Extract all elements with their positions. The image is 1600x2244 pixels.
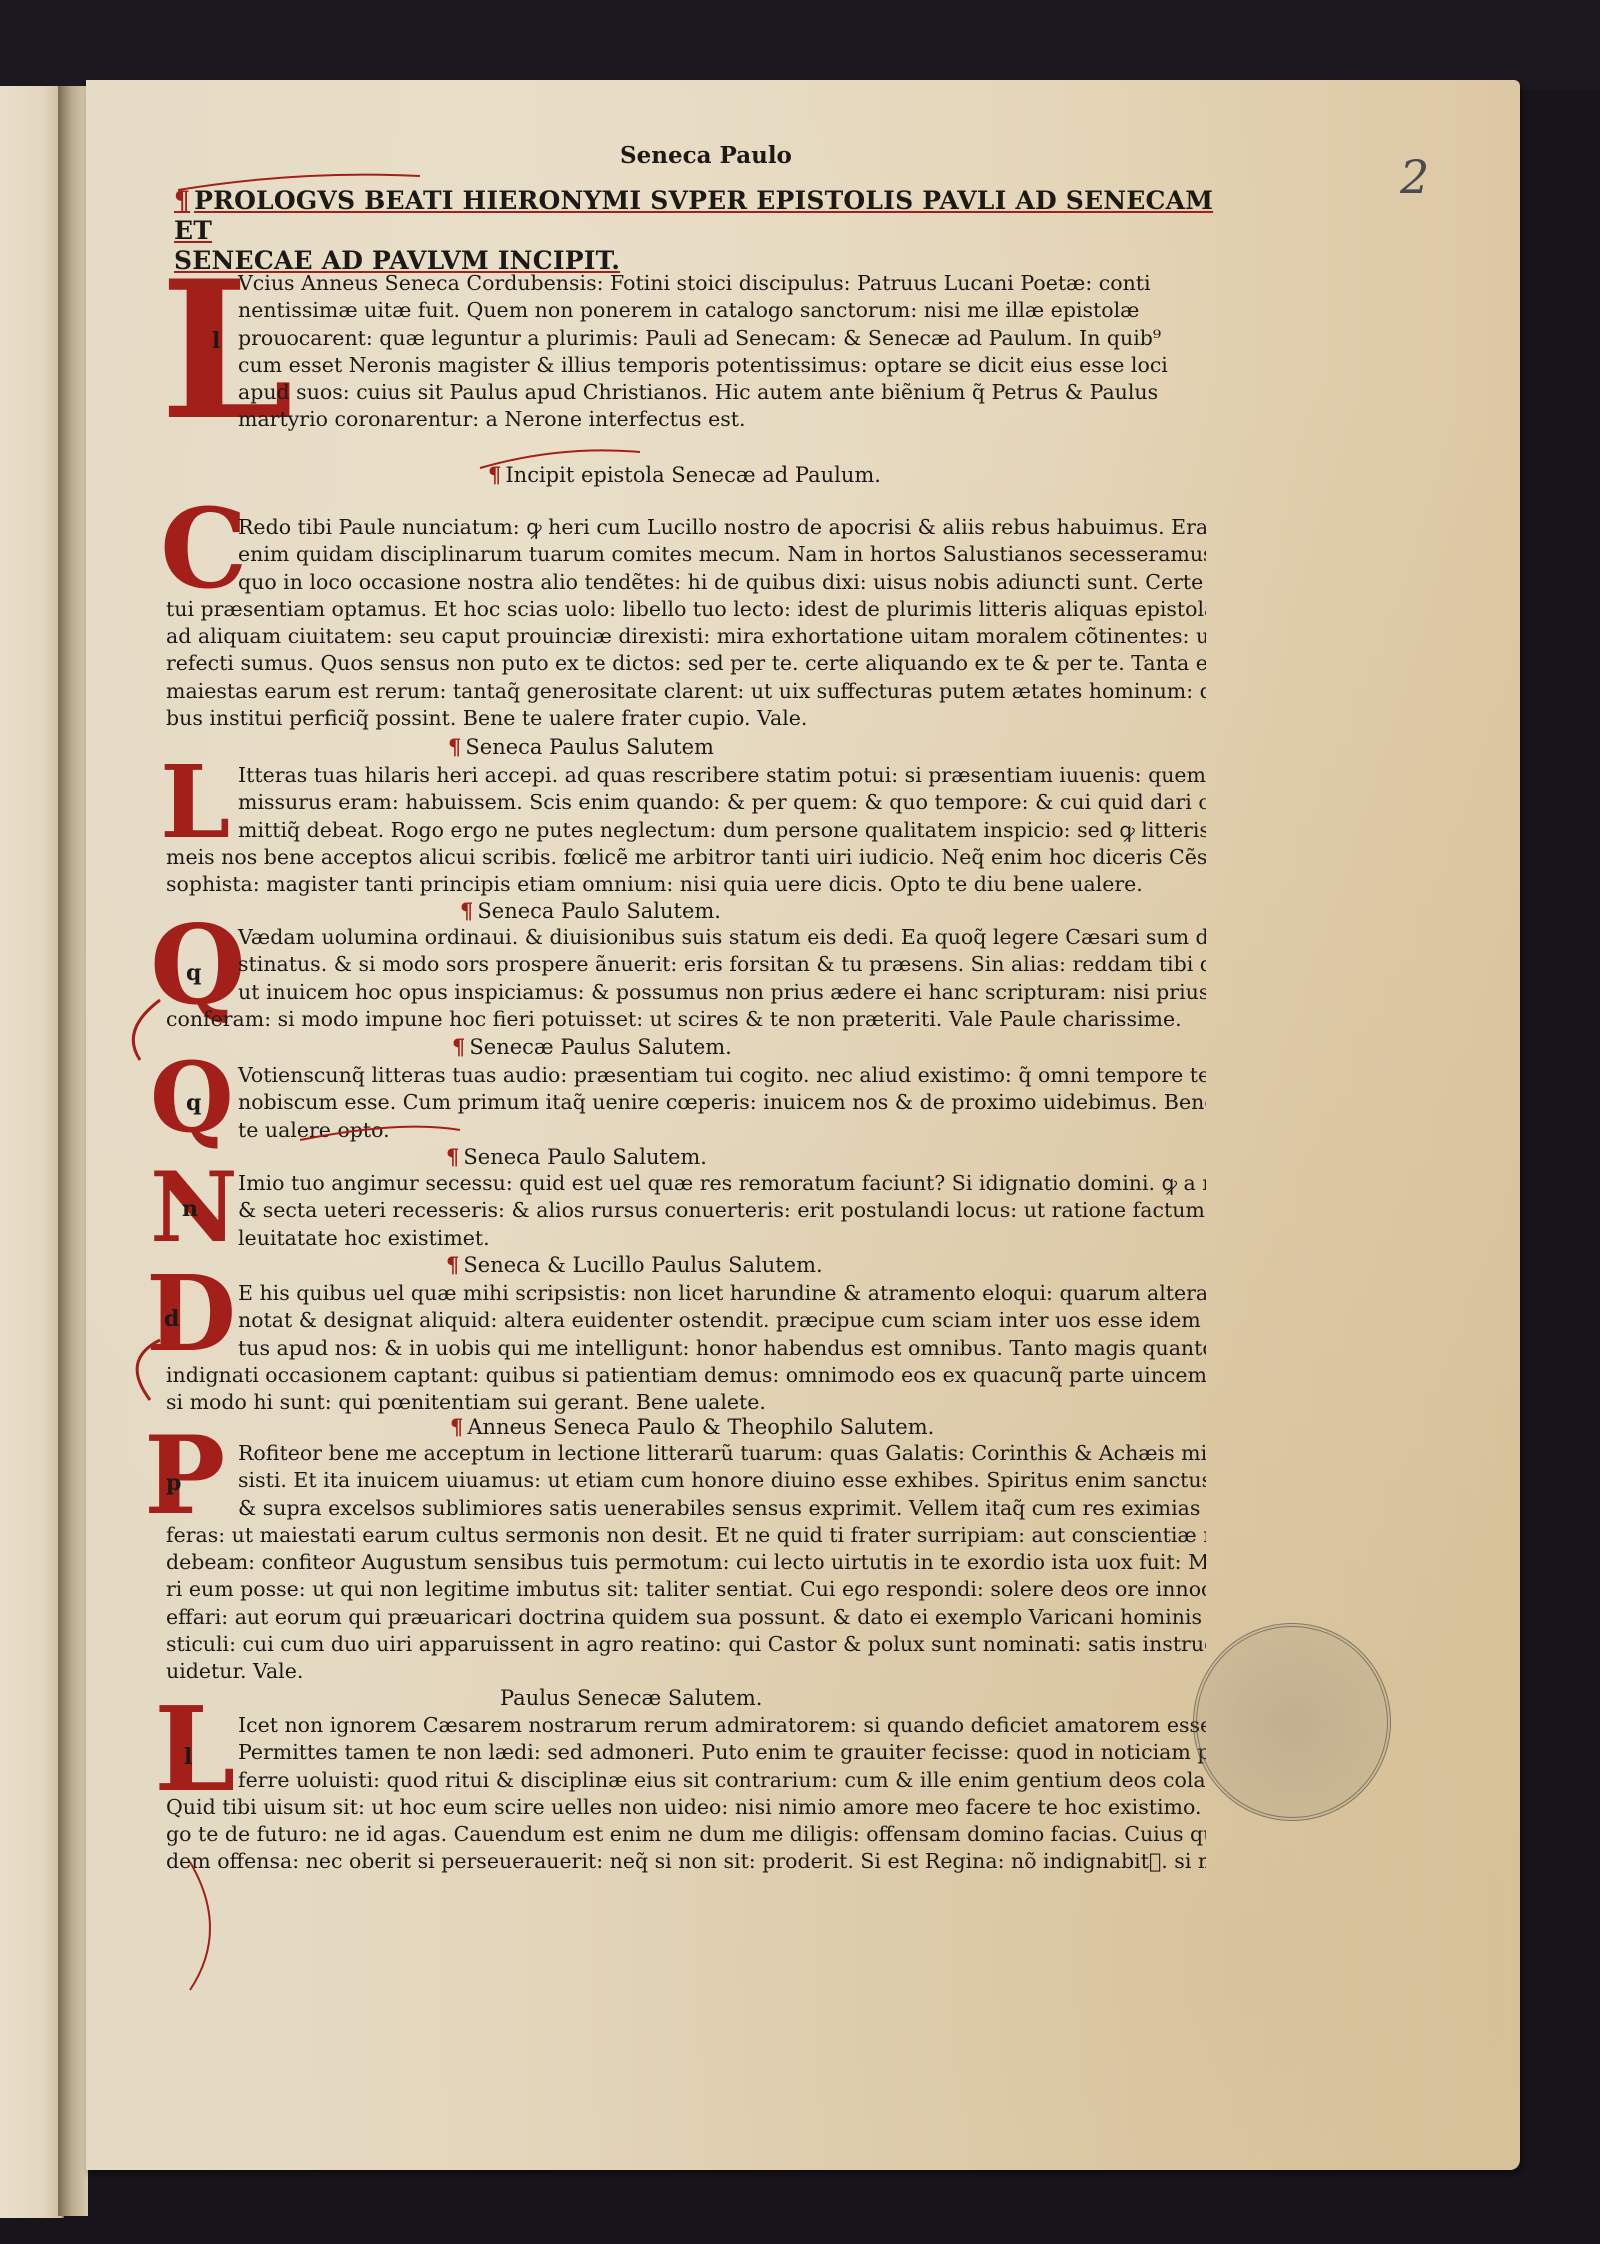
- letter-3-text: Vædam uolumina ordinaui. & diuisionibus …: [166, 924, 1206, 1033]
- text-line: Rofiteor bene me acceptum in lectione li…: [166, 1440, 1206, 1467]
- text-line: dem offensa: nec oberit si perseueraueri…: [166, 1848, 1206, 1875]
- letter-heading: ¶Incipit epistola Senecæ ad Paulum.: [488, 462, 881, 487]
- prologue-title: ¶PROLOGVS BEATI HIERONYMI SVPER EPISTOLI…: [174, 186, 1234, 276]
- text-line: Permittes tamen te non lædi: sed admoner…: [166, 1739, 1206, 1766]
- text-line: E his quibus uel quæ mihi scripsistis: n…: [166, 1280, 1206, 1307]
- text-line: Itteras tuas hilaris heri accepi. ad qua…: [166, 762, 1206, 789]
- pilcrow-icon: ¶: [452, 1034, 465, 1059]
- text-line: cum esset Neronis magister & illius temp…: [166, 352, 1206, 379]
- letter-heading-text: Incipit epistola Senecæ ad Paulum.: [505, 463, 881, 487]
- text-line: Icet non ignorem Cæsarem nostrarum rerum…: [166, 1712, 1206, 1739]
- letter-heading: ¶Seneca Paulus Salutem: [448, 734, 714, 759]
- text-line: sticuli: cui cum duo uiri apparuissent i…: [166, 1631, 1206, 1658]
- letter-heading-text: Seneca Paulo Salutem.: [463, 1145, 707, 1169]
- letter-heading-text: Seneca & Lucillo Paulus Salutem.: [463, 1253, 822, 1277]
- letter-4-text: Votienscunq̃ litteras tuas audio: præsen…: [166, 1062, 1206, 1144]
- letter-1-text: Redo tibi Paule nunciatum: ꝙ heri cum Lu…: [166, 514, 1206, 732]
- text-line: Vcius Anneus Seneca Cordubensis: Fotini …: [166, 270, 1206, 297]
- text-line: maiestas earum est rerum: tantaq̃ genero…: [166, 678, 1206, 705]
- text-line: feras: ut maiestati earum cultus sermoni…: [166, 1522, 1206, 1549]
- pilcrow-icon: ¶: [450, 1414, 463, 1439]
- text-line: stinatus. & si modo sors prospere ãnueri…: [166, 951, 1206, 978]
- prologue-title-line-1: PROLOGVS BEATI HIERONYMI SVPER EPISTOLIS…: [174, 186, 1213, 245]
- text-line: apud suos: cuius sit Paulus apud Christi…: [166, 379, 1206, 406]
- letter-5-text: Imio tuo angimur secessu: quid est uel q…: [166, 1170, 1206, 1252]
- text-line: enim quidam disciplinarum tuarum comites…: [166, 541, 1206, 568]
- text-line: go te de futuro: ne id agas. Cauendum es…: [166, 1821, 1206, 1848]
- text-line: Vædam uolumina ordinaui. & diuisionibus …: [166, 924, 1206, 951]
- text-line: quo in loco occasione nostra alio tendẽt…: [166, 569, 1206, 596]
- text-line: ut inuicem hoc opus inspiciamus: & possu…: [166, 979, 1206, 1006]
- pilcrow-icon: ¶: [446, 1252, 459, 1277]
- text-line: nobiscum esse. Cum primum itaq̃ uenire c…: [166, 1089, 1206, 1116]
- text-line: te ualere opto.: [166, 1117, 1206, 1144]
- text-line: Redo tibi Paule nunciatum: ꝙ heri cum Lu…: [166, 514, 1206, 541]
- text-line: Imio tuo angimur secessu: quid est uel q…: [166, 1170, 1206, 1197]
- text-line: ferre uoluisti: quod ritui & disciplinæ …: [166, 1767, 1206, 1794]
- letter-6-text: E his quibus uel quæ mihi scripsistis: n…: [166, 1280, 1206, 1416]
- letter-heading-text: Seneca Paulo Salutem.: [477, 899, 721, 923]
- prologue-text: Vcius Anneus Seneca Cordubensis: Fotini …: [166, 270, 1206, 434]
- text-line: nentissimæ uitæ fuit. Quem non ponerem i…: [166, 297, 1206, 324]
- text-line: effari: aut eorum qui præuaricari doctri…: [166, 1604, 1206, 1631]
- text-line: tui præsentiam optamus. Et hoc scias uol…: [166, 596, 1206, 623]
- letter-heading: ¶Senecæ Paulus Salutem.: [452, 1034, 732, 1059]
- text-line: indignati occasionem captant: quibus si …: [166, 1362, 1206, 1389]
- letter-heading-text: Senecæ Paulus Salutem.: [469, 1035, 731, 1059]
- running-head: Seneca Paulo: [620, 142, 792, 169]
- text-line: leuitatate hoc existimet.: [166, 1225, 1206, 1252]
- pilcrow-icon: ¶: [174, 186, 190, 215]
- letter-heading-text: Seneca Paulus Salutem: [465, 735, 714, 759]
- text-line: notat & designat aliquid: altera euident…: [166, 1307, 1206, 1334]
- text-line: mittiq̃ debeat. Rogo ergo ne putes negle…: [166, 817, 1206, 844]
- text-line: Votienscunq̃ litteras tuas audio: præsen…: [166, 1062, 1206, 1089]
- pilcrow-icon: ¶: [446, 1144, 459, 1169]
- text-line: & supra excelsos sublimiores satis uener…: [166, 1495, 1206, 1522]
- text-line: uidetur. Vale.: [166, 1658, 1206, 1685]
- letter-heading: Paulus Senecæ Salutem.: [500, 1686, 762, 1710]
- text-line: prouocarent: quæ leguntur a plurimis: Pa…: [166, 325, 1206, 352]
- text-line: & secta ueteri recesseris: & alios rursu…: [166, 1197, 1206, 1224]
- book-gutter: [58, 86, 88, 2216]
- text-line: conferam: si modo impune hoc fieri potui…: [166, 1006, 1206, 1033]
- text-line: sophista: magister tanti principis etiam…: [166, 871, 1206, 898]
- text-line: martyrio coronarentur: a Nerone interfec…: [166, 406, 1206, 433]
- letter-7-text: Rofiteor bene me acceptum in lectione li…: [166, 1440, 1206, 1686]
- text-line: debeam: confiteor Augustum sensibus tuis…: [166, 1549, 1206, 1576]
- library-stamp: [1193, 1623, 1391, 1821]
- letter-heading: ¶Seneca Paulo Salutem.: [446, 1144, 707, 1169]
- letter-heading: ¶Anneus Seneca Paulo & Theophilo Salutem…: [450, 1414, 934, 1439]
- previous-leaf-edge: [0, 86, 64, 2218]
- pilcrow-icon: ¶: [460, 898, 473, 923]
- letter-2-text: Itteras tuas hilaris heri accepi. ad qua…: [166, 762, 1206, 898]
- letter-heading: ¶Seneca Paulo Salutem.: [460, 898, 721, 923]
- pilcrow-icon: ¶: [448, 734, 461, 759]
- text-line: Quid tibi uisum sit: ut hoc eum scire ue…: [166, 1794, 1206, 1821]
- text-line: sisti. Et ita inuicem uiuamus: ut etiam …: [166, 1467, 1206, 1494]
- text-line: tus apud nos: & in uobis qui me intellig…: [166, 1335, 1206, 1362]
- folio-number: 2: [1400, 150, 1429, 204]
- text-line: ad aliquam ciuitatem: seu caput prouinci…: [166, 623, 1206, 650]
- letter-heading-text: Anneus Seneca Paulo & Theophilo Salutem.: [467, 1415, 934, 1439]
- text-line: missurus eram: habuissem. Scis enim quan…: [166, 789, 1206, 816]
- pilcrow-icon: ¶: [488, 462, 501, 487]
- text-line: refecti sumus. Quos sensus non puto ex t…: [166, 650, 1206, 677]
- text-line: meis nos bene acceptos alicui scribis. f…: [166, 844, 1206, 871]
- text-line: ri eum posse: ut qui non legitime imbutu…: [166, 1576, 1206, 1603]
- text-line: si modo hi sunt: qui pœnitentiam sui ger…: [166, 1389, 1206, 1416]
- photo-backdrop: [0, 0, 1600, 90]
- letter-heading: ¶Seneca & Lucillo Paulus Salutem.: [446, 1252, 823, 1277]
- text-line: bus institui perficiq̃ possint. Bene te …: [166, 705, 1206, 732]
- letter-heading-text: Paulus Senecæ Salutem.: [500, 1686, 762, 1710]
- letter-8-text: Icet non ignorem Cæsarem nostrarum rerum…: [166, 1712, 1206, 1876]
